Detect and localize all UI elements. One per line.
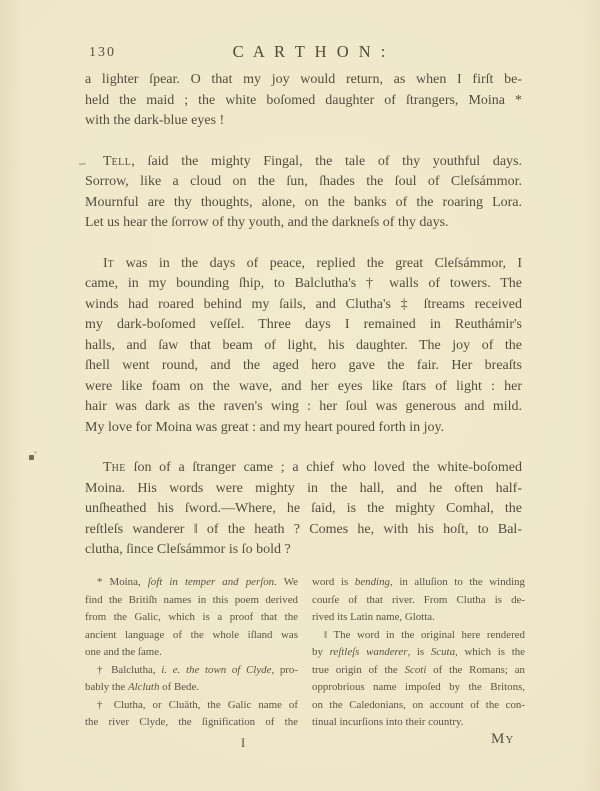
- text-line: by reſtleſs wanderer, is Scuta, which is…: [312, 644, 525, 662]
- footnote-column-right: word is bending, in alluſion to the wind…: [312, 574, 525, 732]
- text-segment: the river Clyde, the ſignification of th…: [85, 716, 298, 728]
- text-segment: true origin of the: [312, 664, 405, 676]
- text-segment: , pro-: [271, 664, 298, 676]
- text-segment: ancient language of the whole iſland was: [85, 629, 298, 641]
- page-title: C A R T H O N :: [85, 42, 522, 62]
- text-line: * Moina, ſoft in temper and perſon. We: [85, 574, 298, 592]
- text-segment: one and the ſame.: [85, 646, 162, 658]
- italic-text: bending: [355, 576, 390, 588]
- italic-text: Scoti: [405, 664, 427, 676]
- text-segment: held the maid ; the white boſomed daught…: [85, 93, 522, 108]
- text-line: a lighter ſpear. O that my joy would ret…: [85, 70, 522, 91]
- text-segment: halls, and ſaw that beam of light, his d…: [85, 338, 522, 353]
- text-segment: of Bede.: [159, 681, 199, 693]
- text-segment: ell: [112, 154, 132, 169]
- text-segment: were like foam on the wave, and her eyes…: [85, 379, 522, 394]
- text-line: ancient language of the whole iſland was: [85, 627, 298, 645]
- body-text: a lighter ſpear. O that my joy would ret…: [85, 70, 522, 561]
- signature-mark: I: [241, 736, 245, 751]
- text-line: were like foam on the wave, and her eyes…: [85, 377, 522, 398]
- text-segment: ſhell went round, and the aged hero gave…: [85, 358, 522, 373]
- italic-text: Alcluth: [128, 681, 159, 693]
- text-segment: Sorrow, like a cloud on the ſun, ſhades …: [85, 174, 522, 189]
- text-segment: unſheathed his ſword.—Where, he ſaid, is…: [85, 501, 522, 516]
- text-segment: , is: [407, 646, 430, 658]
- text-line: ‖ The word in the original here rendered: [312, 627, 525, 645]
- text-segment: T: [103, 460, 112, 475]
- text-line: hair was dark as the raven's wing : her …: [85, 397, 522, 418]
- text-line: opprobrious name impoſed by the Britons,: [312, 679, 525, 697]
- text-segment: ſon of a ſtranger came ; a chief who lov…: [126, 460, 522, 475]
- text-line: word is bending, in alluſion to the wind…: [312, 574, 525, 592]
- text-segment: bably the: [85, 681, 128, 693]
- text-segment: by: [312, 646, 330, 658]
- paragraph-3: It was in the days of peace, replied the…: [85, 254, 522, 439]
- text-line: halls, and ſaw that beam of light, his d…: [85, 336, 522, 357]
- text-segment: clutha, ſince Cleſsámmor is ſo bold ?: [85, 542, 291, 557]
- text-line: Let us hear the ſorrow of thy youth, and…: [85, 213, 522, 234]
- text-line: The ſon of a ſtranger came ; a chief who…: [85, 458, 522, 479]
- text-segment: a lighter ſpear. O that my joy would ret…: [85, 72, 522, 87]
- text-line: rived its Latin name, Glotta.: [312, 609, 525, 627]
- text-line: true origin of the Scoti of the Romans; …: [312, 662, 525, 680]
- text-segment: My love for Moina was great : and my hea…: [85, 420, 444, 435]
- text-segment: , in alluſion to the winding: [390, 576, 525, 588]
- text-segment: on the Caledonians, on account of the co…: [312, 699, 525, 711]
- text-line: my dark-boſomed veſſel. Three days I rem…: [85, 315, 522, 336]
- italic-text: Scuta: [431, 646, 455, 658]
- text-segment: hair was dark as the raven's wing : her …: [85, 399, 522, 414]
- ink-blot-mark: [29, 455, 34, 460]
- text-segment: , ſaid the mighty Fingal, the tale of th…: [131, 154, 522, 169]
- text-segment: of the Romans; an: [426, 664, 525, 676]
- text-line: on the Caledonians, on account of the co…: [312, 697, 525, 715]
- text-line: Tell, ſaid the mighty Fingal, the tale o…: [85, 152, 522, 173]
- text-line: unſheathed his ſword.—Where, he ſaid, is…: [85, 499, 522, 520]
- text-line: Moina. His words were mighty in the hall…: [85, 479, 522, 500]
- text-segment: courſe of that river. From Clutha is de-: [312, 594, 525, 606]
- text-segment: ‖ The word in the original here rendered: [324, 629, 525, 641]
- text-line: one and the ſame.: [85, 644, 298, 662]
- text-line: the river Clyde, the ſignification of th…: [85, 714, 298, 732]
- footnotes: * Moina, ſoft in temper and perſon. Wefi…: [85, 574, 525, 732]
- text-segment: word is: [312, 576, 355, 588]
- text-line: It was in the days of peace, replied the…: [85, 254, 522, 275]
- text-segment: † Clutha, or Cluäth, the Galic name of: [97, 699, 298, 711]
- text-line: † Balclutha, i. e. the town of Clyde, pr…: [85, 662, 298, 680]
- text-line: bably the Alcluth of Bede.: [85, 679, 298, 697]
- text-segment: † Balclutha,: [97, 664, 161, 676]
- text-segment: opprobrious name impoſed by the Britons,: [312, 681, 525, 693]
- text-line: find the Britiſh names in this poem deri…: [85, 592, 298, 610]
- text-segment: was in the days of peace, replied the gr…: [114, 256, 522, 271]
- text-line: reſtleſs wanderer ‖ of the heath ? Comes…: [85, 520, 522, 541]
- text-segment: came, in my bounding ſhip, to Balclutha'…: [85, 276, 522, 291]
- text-line: My love for Moina was great : and my hea…: [85, 418, 522, 439]
- text-line: winds had roared behind my ſails, and Cl…: [85, 295, 522, 316]
- text-line: Sorrow, like a cloud on the ſun, ſhades …: [85, 172, 522, 193]
- text-line: courſe of that river. From Clutha is de-: [312, 592, 525, 610]
- text-segment: * Moina,: [97, 576, 148, 588]
- text-segment: find the Britiſh names in this poem deri…: [85, 594, 298, 606]
- text-segment: tinual incurſions into their country.: [312, 716, 463, 728]
- text-segment: T: [103, 154, 112, 169]
- text-segment: rived its Latin name, Glotta.: [312, 611, 435, 623]
- text-segment: , which is the: [455, 646, 525, 658]
- text-line: clutha, ſince Cleſsámmor is ſo bold ?: [85, 540, 522, 561]
- paragraph-1: a lighter ſpear. O that my joy would ret…: [85, 70, 522, 132]
- paragraph-2: Tell, ſaid the mighty Fingal, the tale o…: [85, 152, 522, 234]
- footnote-column-left: * Moina, ſoft in temper and perſon. Wefi…: [85, 574, 298, 732]
- text-line: ſhell went round, and the aged hero gave…: [85, 356, 522, 377]
- text-segment: Moina. His words were mighty in the hall…: [85, 481, 522, 496]
- text-segment: reſtleſs wanderer ‖ of the heath ? Comes…: [85, 522, 522, 537]
- text-line: from the Galic, which is a proof that th…: [85, 609, 298, 627]
- text-segment: Let us hear the ſorrow of thy youth, and…: [85, 215, 449, 230]
- text-segment: winds had roared behind my ſails, and Cl…: [85, 297, 522, 312]
- text-line: with the dark-blue eyes !: [85, 111, 522, 132]
- text-line: tinual incurſions into their country.: [312, 714, 525, 732]
- text-line: came, in my bounding ſhip, to Balclutha'…: [85, 274, 522, 295]
- italic-text: ſoft in temper and perſon: [148, 576, 274, 588]
- book-page-scan: { "page": { "number": "130", "title": "C…: [0, 0, 600, 791]
- text-segment: he: [112, 460, 126, 475]
- text-segment: from the Galic, which is a proof that th…: [85, 611, 298, 623]
- running-header: 130 C A R T H O N :: [85, 42, 522, 64]
- catchword: My: [491, 731, 514, 748]
- text-segment: my dark-boſomed veſſel. Three days I rem…: [85, 317, 522, 332]
- italic-text: reſtleſs wanderer: [330, 646, 408, 658]
- italic-text: i. e. the town of Clyde: [161, 664, 271, 676]
- text-segment: . We: [274, 576, 298, 588]
- text-segment: with the dark-blue eyes !: [85, 113, 224, 128]
- text-line: held the maid ; the white boſomed daught…: [85, 91, 522, 112]
- text-segment: Mournful are thy thoughts, alone, on the…: [85, 195, 522, 210]
- text-line: † Clutha, or Cluäth, the Galic name of: [85, 697, 298, 715]
- text-line: Mournful are thy thoughts, alone, on the…: [85, 193, 522, 214]
- paragraph-4: The ſon of a ſtranger came ; a chief who…: [85, 458, 522, 561]
